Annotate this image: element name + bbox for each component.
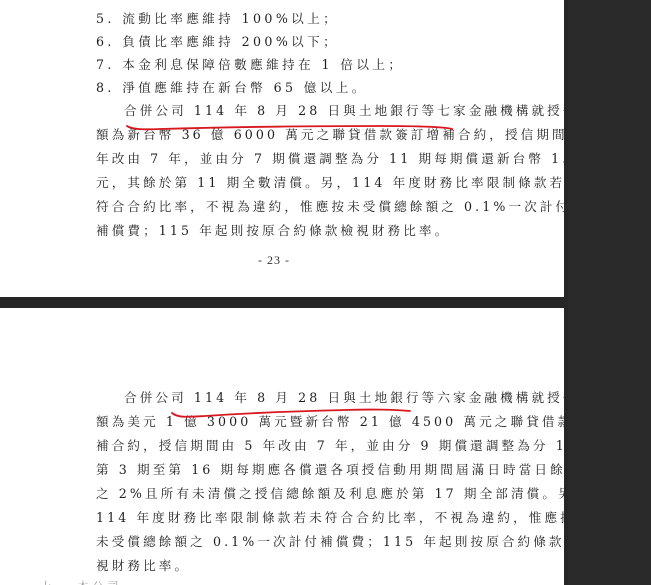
paragraph-line: 合併公司 114 年 8 月 28 日與土地銀行等六家金融機構就授信總	[124, 390, 508, 406]
paragraph-line: 符合合約比率，不視為違約，惟應按未受償總餘額之 0.1%一次計付	[96, 199, 508, 215]
pdf-viewer: 5. 流動比率應維持 100%以上； 6. 負債比率應維持 200%以下； 7.…	[0, 0, 651, 585]
paragraph-line: 額為新台幣 36 億 6000 萬元之聯貸借款簽訂增補合約，授信期間由 5	[96, 127, 508, 143]
paragraph-line: 第 3 期至第 16 期每期應各償還各項授信動用期間屆滿日時當日餘額	[96, 462, 508, 478]
page-gutter	[0, 297, 564, 308]
covenant-item-6: 6. 負債比率應維持 200%以下；	[96, 34, 508, 50]
covenant-item-8: 8. 淨值應維持在新台幣 65 億以上。	[96, 80, 508, 96]
partial-next-line: 十、 本公司…	[40, 578, 138, 585]
paragraph-line: 合併公司 114 年 8 月 28 日與土地銀行等七家金融機構就授信總	[124, 103, 508, 119]
right-side-panel	[564, 0, 651, 585]
paragraph-line: 元，其餘於第 11 期全數清償。另，114 年度財務比率限制條款若未	[96, 175, 508, 191]
paragraph-line: 之 2%且所有未清償之授信總餘額及利息應於第 17 期全部清償。另，	[96, 486, 508, 502]
document-page-24: 合併公司 114 年 8 月 28 日與土地銀行等六家金融機構就授信總 額為美元…	[0, 308, 564, 585]
covenant-item-5: 5. 流動比率應維持 100%以上；	[96, 11, 508, 27]
paragraph-line: 114 年度財務比率限制條款若未符合合約比率，不視為違約，惟應按	[96, 510, 508, 526]
page-number: - 23 -	[258, 253, 290, 268]
paragraph-line: 年改由 7 年，並由分 7 期償還調整為分 11 期每期償還新台幣 1.5 億	[96, 151, 508, 167]
paragraph-line: 視財務比率。	[96, 558, 508, 574]
paragraph-line: 補合約，授信期間由 5 年改由 7 年，並由分 9 期償還調整為分 17 期，	[96, 438, 508, 454]
covenant-item-7: 7. 本金利息保障倍數應維持在 1 倍以上；	[96, 57, 508, 73]
paragraph-line: 未受償總餘額之 0.1%一次計付補償費；115 年起則按原合約條款檢	[96, 534, 508, 550]
paragraph-line: 補償費；115 年起則按原合約條款檢視財務比率。	[96, 223, 508, 239]
document-page-23: 5. 流動比率應維持 100%以上； 6. 負債比率應維持 200%以下； 7.…	[0, 0, 564, 297]
paragraph-line: 額為美元 1 億 3000 萬元暨新台幣 21 億 4500 萬元之聯貸借款簽訂…	[96, 414, 508, 430]
